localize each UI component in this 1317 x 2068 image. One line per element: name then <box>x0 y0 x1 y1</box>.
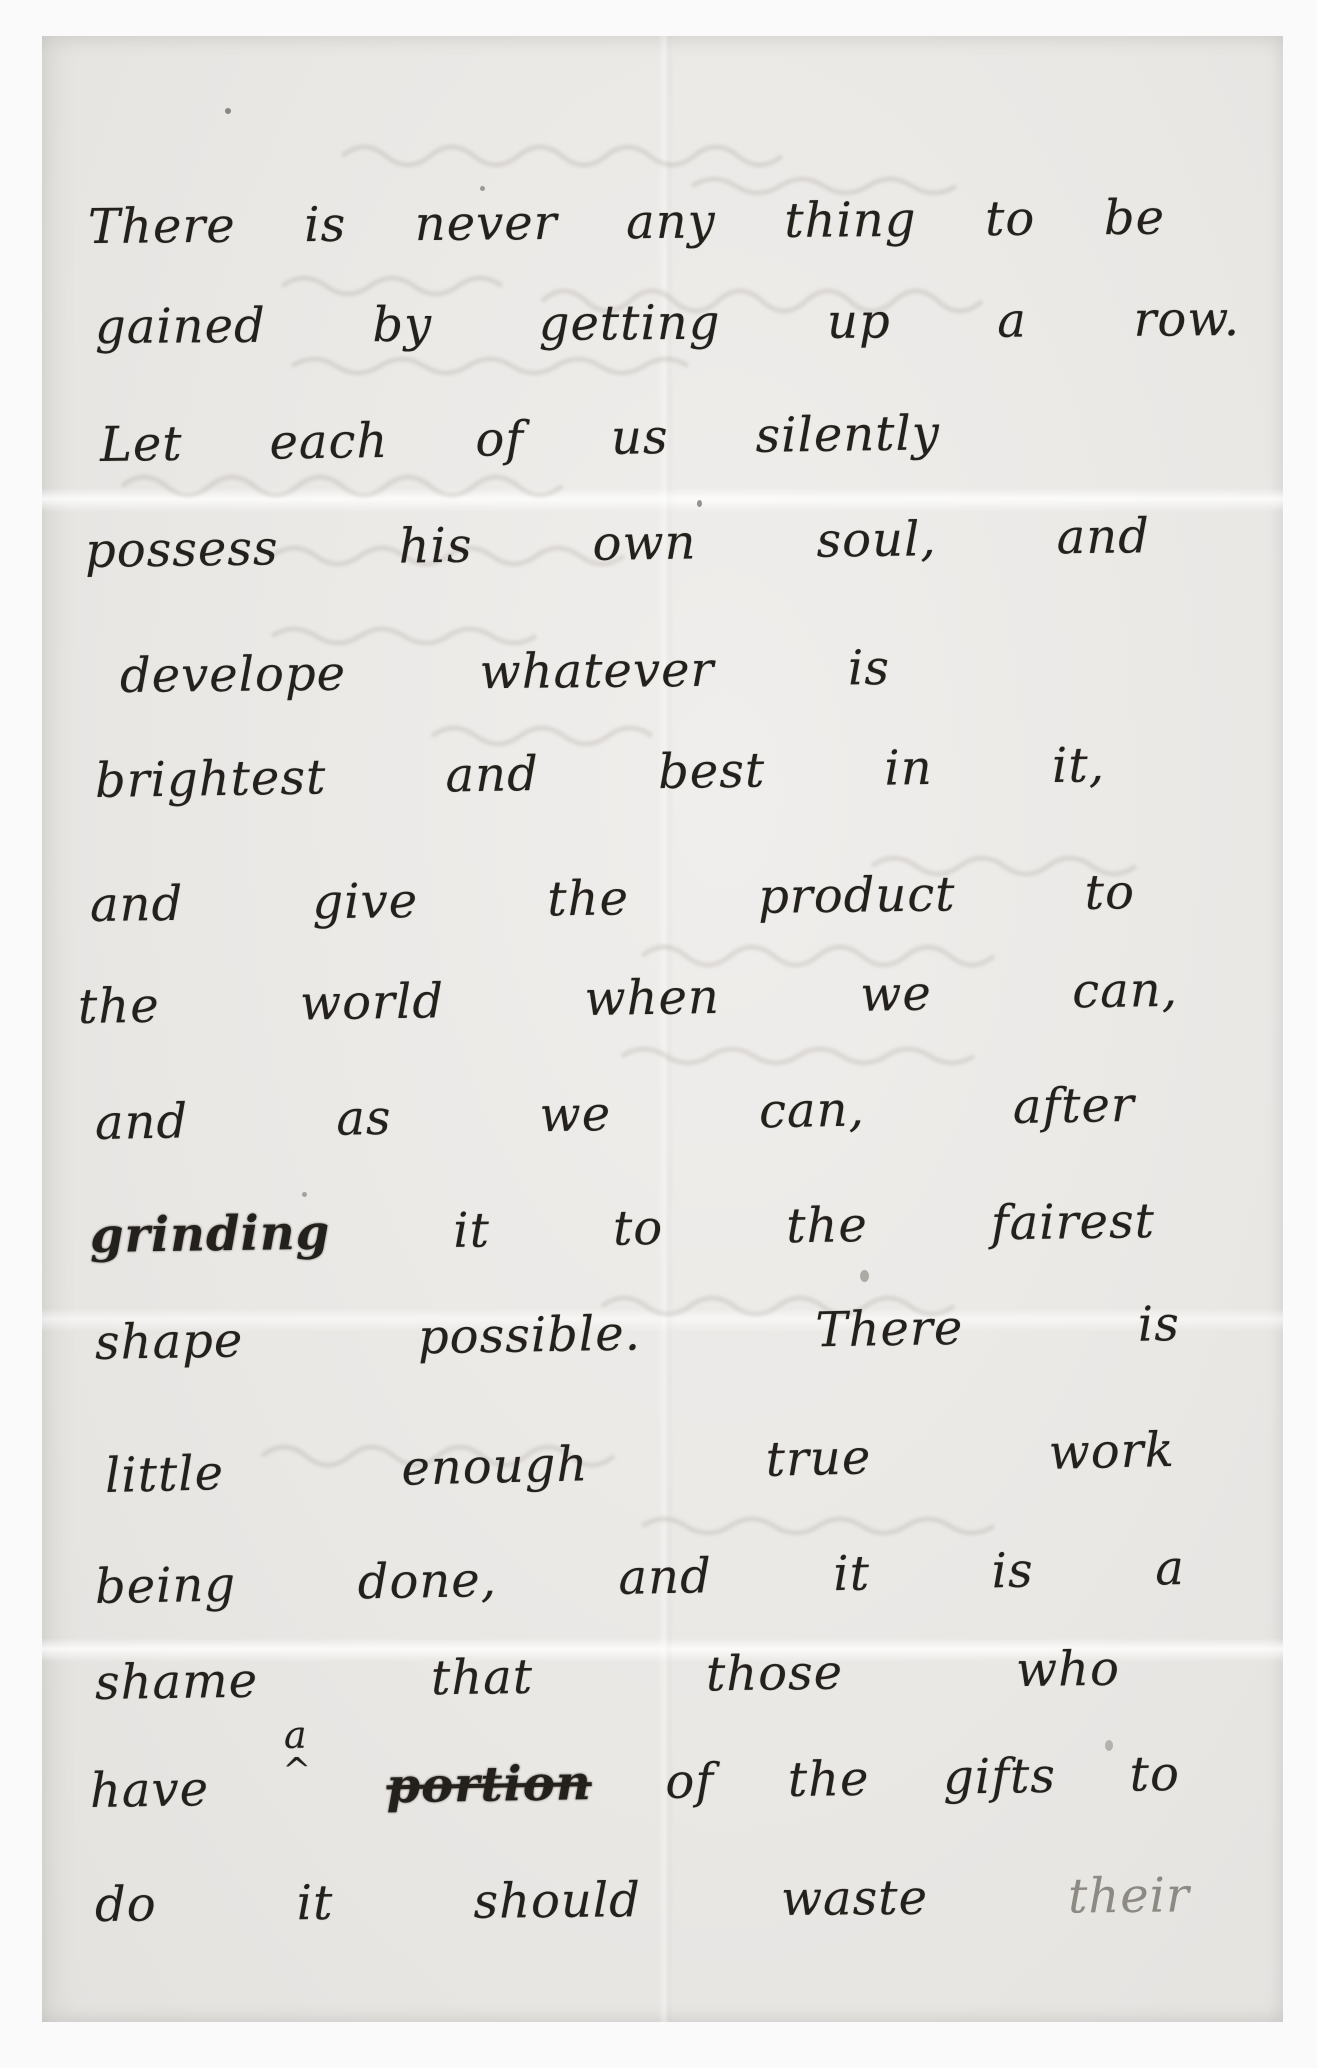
letter-paper: There is never any thing to be gained by… <box>42 36 1283 2022</box>
struck-through-word: portion <box>386 1755 592 1814</box>
caret-mark: ^ <box>282 1754 312 1788</box>
handwritten-line-4: possess his own soul, and <box>85 505 1151 582</box>
inserted-word: a <box>284 1716 308 1754</box>
handwritten-line-11: shape possible. There is <box>94 1293 1180 1374</box>
line-text: it to the fairest <box>453 1193 1155 1259</box>
handwritten-line-7: and give the product to <box>90 861 1136 936</box>
handwritten-line-13: being done, and it is a <box>94 1537 1185 1618</box>
handwritten-line-8: the world when we can, <box>78 959 1179 1038</box>
line-text: do it should waste <box>95 1870 928 1933</box>
handwritten-line-14: shame that those who <box>95 1638 1121 1714</box>
handwriting-layer: There is never any thing to be gained by… <box>42 36 1283 2022</box>
handwritten-line-2: gained by getting up a row. <box>95 288 1240 358</box>
handwritten-line-9: and as we can, after <box>94 1074 1135 1154</box>
letter-scan: There is never any thing to be gained by… <box>0 0 1317 2068</box>
handwritten-line-1: There is never any thing to be <box>88 187 1166 258</box>
handwritten-line-10: grinding it to the fairest <box>90 1190 1156 1267</box>
line-text: of the gifts to <box>665 1746 1180 1810</box>
handwritten-line-3: Let each of us silently <box>100 402 941 476</box>
faded-word: their <box>1068 1867 1190 1924</box>
handwritten-line-16: do it should waste their <box>95 1864 1190 1936</box>
handwritten-line-12: little enough true work <box>104 1419 1175 1507</box>
overwritten-word: grinding <box>90 1205 331 1264</box>
handwritten-line-5: develope whatever is <box>120 637 891 707</box>
line-text: have <box>90 1761 210 1819</box>
caret-insertion: a^ <box>283 1793 313 1803</box>
handwritten-line-6: brightest and best in it, <box>95 734 1106 812</box>
handwritten-line-15: have a^ portion of the gifts to <box>90 1743 1181 1822</box>
